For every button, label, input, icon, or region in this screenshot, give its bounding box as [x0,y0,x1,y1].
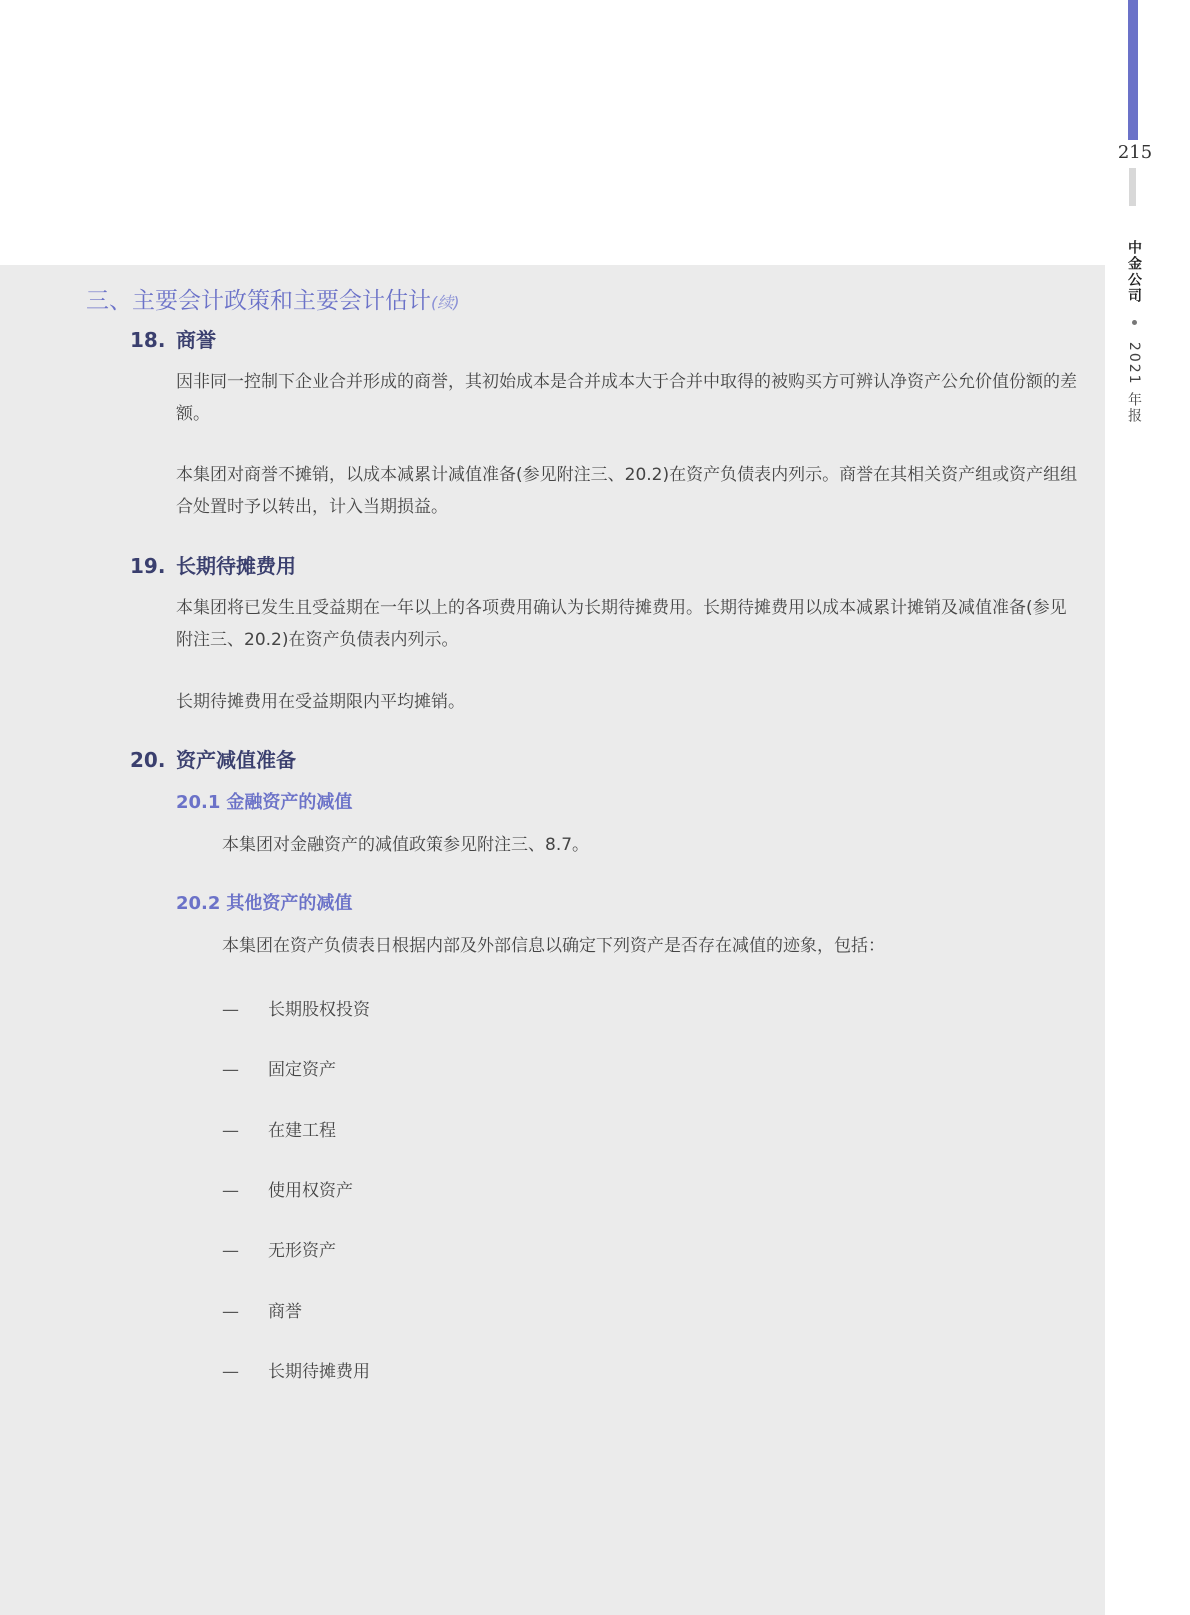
list-item: —在建工程 [222,1116,336,1141]
separator-dot [1132,320,1137,325]
heading-18: 18.商誉 [130,324,216,353]
list-item: —使用权资产 [222,1176,353,1201]
subheading-20-1: 20.1金融资产的减值 [176,788,352,814]
paragraph: 长期待摊费用在受益期限内平均摊销。 [176,686,1081,718]
page-accent-bar [1128,0,1138,140]
report-name: 2021 年报 [1126,342,1142,424]
page-number: 215 [1110,142,1160,163]
paragraph: 本集团将已发生且受益期在一年以上的各项费用确认为长期待摊费用。长期待摊费用以成本… [176,592,1081,656]
list-item: —长期股权投资 [222,995,370,1020]
heading-19: 19.长期待摊费用 [130,550,296,579]
paragraph: 本集团对金融资产的减值政策参见附注三、8.7。 [222,829,1082,861]
list-item: —固定资产 [222,1055,336,1080]
heading-20: 20.资产减值准备 [130,744,296,773]
page-grey-bar [1129,168,1136,206]
continued-label: (续) [431,293,460,312]
list-item: —长期待摊费用 [222,1357,370,1382]
list-item: —商誉 [222,1297,302,1322]
list-item: —无形资产 [222,1236,336,1261]
running-header: 中金公司 2021 年报 [1124,240,1144,424]
subheading-20-2: 20.2其他资产的减值 [176,889,352,915]
paragraph: 本集团在资产负债表日根据内部及外部信息以确定下列资产是否存在减值的迹象，包括： [222,930,1082,962]
paragraph: 本集团对商誉不摊销，以成本减累计减值准备(参见附注三、20.2)在资产负债表内列… [176,459,1081,523]
company-name: 中金公司 [1126,240,1142,304]
paragraph: 因非同一控制下企业合并形成的商誉，其初始成本是合并成本大于合并中取得的被购买方可… [176,366,1081,430]
section-title: 三、主要会计政策和主要会计估计(续) [86,282,460,315]
